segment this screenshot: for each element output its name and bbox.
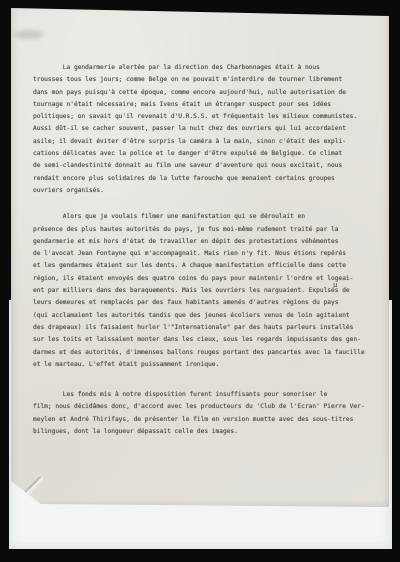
- text-line: région, ils étaient envoyés des quatre c…: [33, 273, 377, 285]
- text-line: des drapeaux) ils faisaient hurler l'"In…: [33, 322, 377, 334]
- scan-canvas: La gendarmerie alertée par la direction …: [0, 0, 400, 562]
- paragraph: Alors que je voulais filmer une manifest…: [33, 211, 377, 371]
- text-line: et les gendarmes étaient sur les dents. …: [33, 260, 377, 272]
- text-line: Aussi dût-il se cacher souvent, passer l…: [33, 123, 377, 135]
- text-line: asile; il devait éviter d'être surpris l…: [33, 136, 377, 148]
- text-block: La gendarmerie alertée par la direction …: [33, 62, 377, 438]
- text-line: gendarmerie et mis hors d'état de travai…: [33, 236, 377, 248]
- manuscript-page: La gendarmerie alertée par la direction …: [11, 5, 389, 507]
- text-line: Alors que je voulais filmer une manifest…: [33, 211, 377, 223]
- text-line: dans mon pays puisqu'à cette époque, com…: [33, 87, 377, 99]
- text-line: présence des plus hautes autorités du pa…: [33, 224, 377, 236]
- text-line: meylen et André Thirifays, de présenter …: [33, 414, 377, 426]
- pencil-smudge: [14, 30, 44, 39]
- text-line: film; nous décidâmes donc, d'accord avec…: [33, 401, 377, 413]
- text-line: La gendarmerie alertée par la direction …: [33, 62, 377, 74]
- handwritten-correction: u: [332, 281, 338, 290]
- text-line: Les fonds mis à notre disposition furent…: [33, 389, 377, 401]
- text-line: sur les toits et laissaient monter dans …: [33, 334, 377, 346]
- text-line: de l'avocat Jean Fontayne qui m'accompag…: [33, 248, 377, 260]
- text-line: tournage n'était nécessaire; mais Ivens …: [33, 99, 377, 111]
- text-line: leurs demeures et remplacés par des faux…: [33, 297, 377, 309]
- text-line: trousses tous les jours; comme Belge on …: [33, 74, 377, 86]
- text-line: et le marteau. L'effet était puissamment…: [33, 359, 377, 371]
- text-line: ouvriers organisés.: [33, 185, 377, 197]
- text-line: (qui acclamaient les autorités tandis qu…: [33, 310, 377, 322]
- text-line: cations délicates avec la police et le d…: [33, 148, 377, 160]
- text-line: bilingues, dont la longueur dépassait ce…: [33, 426, 377, 438]
- paragraph: La gendarmerie alertée par la direction …: [33, 62, 377, 197]
- text-line: darmes et des autorités, d'immenses ball…: [33, 347, 377, 359]
- text-line: de semi-clandestinité donnait au film un…: [33, 160, 377, 172]
- text-line: politiques; on savait qu'il revenait d'U…: [33, 111, 377, 123]
- text-line: ent par milliers dans des baraquements. …: [33, 285, 377, 297]
- text-line: rendait encore plus solidaires de la lut…: [33, 173, 377, 185]
- paragraph: Les fonds mis à notre disposition furent…: [33, 389, 377, 438]
